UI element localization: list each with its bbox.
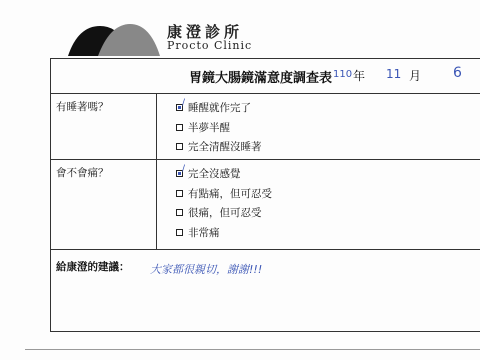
date-year-label: 年	[353, 67, 365, 84]
form-header: 胃鏡大腸鏡滿意度調查表 110 年 11 月 6	[51, 59, 480, 94]
options-list: /睡醒就作完了 半夢半醒 完全清醒沒睡著	[176, 98, 262, 157]
question-label: 有睡著嗎？	[56, 99, 109, 114]
suggestion-handwritten-text[interactable]: 大家都很親切，謝謝!!!	[150, 261, 262, 277]
option-item[interactable]: 半夢半醒	[176, 118, 262, 138]
clinic-logo-icon	[68, 22, 160, 58]
options-list: /完全沒感覺 有點痛，但可忍受 很痛，但可忍受 非常痛	[176, 164, 272, 242]
option-item[interactable]: 有點痛，但可忍受	[176, 184, 272, 204]
checkbox-icon[interactable]	[176, 209, 183, 216]
date-year-value: 110	[333, 69, 352, 80]
question-row-sleep: 有睡著嗎？ /睡醒就作完了 半夢半醒 完全清醒沒睡著	[51, 93, 480, 160]
option-item[interactable]: 很痛，但可忍受	[176, 203, 272, 223]
option-item[interactable]: 非常痛	[176, 223, 272, 243]
checkbox-icon[interactable]	[176, 124, 183, 131]
date-day-value: 6	[453, 65, 462, 81]
checkbox-checked-icon[interactable]: /	[176, 104, 183, 111]
date-month-value: 11	[386, 67, 401, 81]
option-item[interactable]: 完全清醒沒睡著	[176, 137, 262, 157]
suggestion-label: 給康澄的建議：	[56, 259, 130, 274]
option-item[interactable]: /完全沒感覺	[176, 164, 272, 184]
date-month-label: 月	[409, 67, 421, 84]
checkbox-icon[interactable]	[176, 229, 183, 236]
form-title: 胃鏡大腸鏡滿意度調查表	[189, 67, 332, 86]
checkbox-icon[interactable]	[176, 190, 183, 197]
clinic-name-en: Procto Clinic	[167, 39, 252, 52]
question-row-pain: 會不會痛？ /完全沒感覺 有點痛，但可忍受 很痛，但可忍受 非常痛	[51, 159, 480, 250]
suggestion-row: 給康澄的建議： 大家都很親切，謝謝!!!	[51, 249, 480, 333]
option-item[interactable]: /睡醒就作完了	[176, 98, 262, 118]
checkbox-icon[interactable]	[176, 143, 183, 150]
page-edge-divider	[25, 349, 480, 350]
checkbox-checked-icon[interactable]: /	[176, 170, 183, 177]
question-label: 會不會痛？	[56, 165, 109, 180]
survey-table: 胃鏡大腸鏡滿意度調查表 110 年 11 月 6 有睡著嗎？ /睡醒就作完了 半…	[50, 58, 480, 332]
